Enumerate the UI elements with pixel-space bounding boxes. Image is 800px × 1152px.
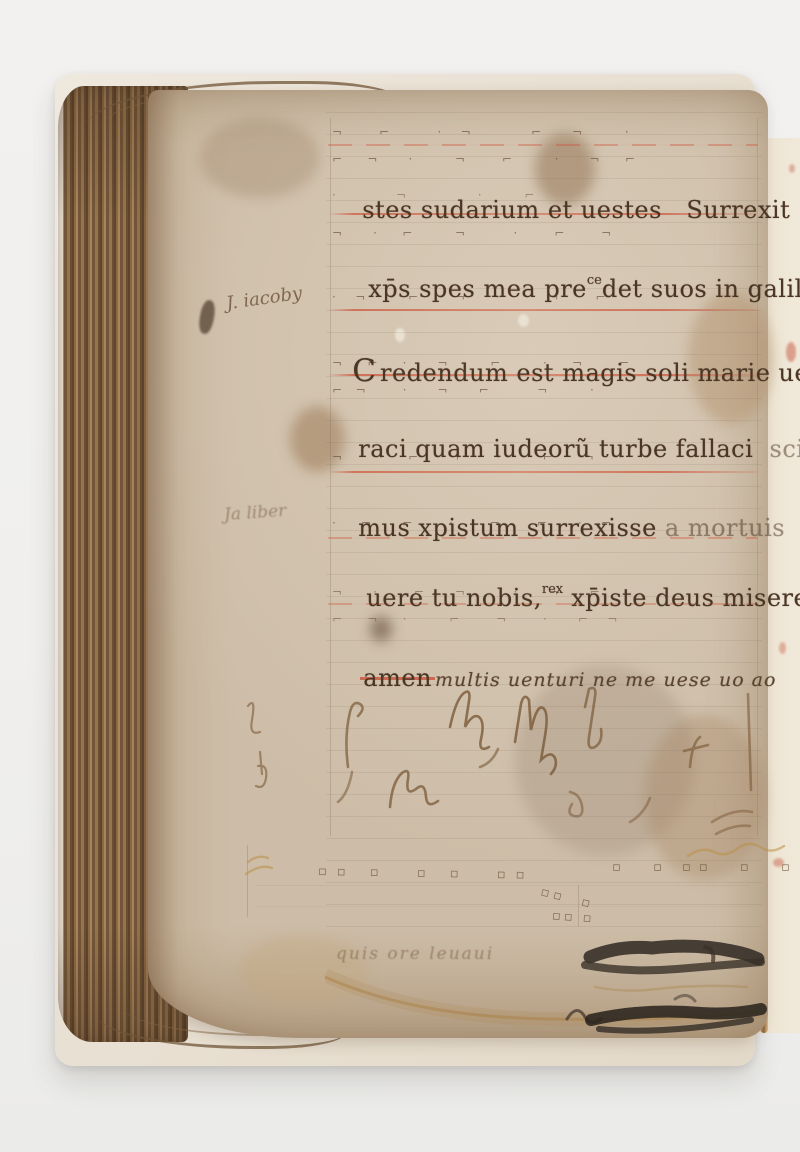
stain xyxy=(200,118,320,198)
square-notation-low-group: ▫▫ ▫ xyxy=(552,909,596,927)
red-staff-line xyxy=(328,309,758,311)
crossed-out-inscriptions xyxy=(555,935,800,1040)
margin-pen-trials xyxy=(236,688,326,818)
text-line-1-main: stes sudarium et uestes xyxy=(362,196,662,224)
interlinear-gloss: ce xyxy=(587,273,602,288)
neume-marks-row: ¬ · ⌐ ¬ · ⌐ ¬ xyxy=(332,226,762,240)
neume-marks-row: ⌐ ¬ · ⌐ ¬ · ⌐ ¬ xyxy=(332,612,762,626)
text-line-4-faded: sci xyxy=(753,435,800,463)
neume-sketch-drawing xyxy=(330,672,770,840)
text-line-1: stes sudarium et uestes Surrexit xyxy=(346,168,790,224)
text-line-6-end: xp̄iste deus miserere xyxy=(563,584,800,612)
red-staff-line xyxy=(328,144,758,146)
text-line-6-main: uere tu nobis, xyxy=(366,584,542,612)
red-staff-line xyxy=(328,471,758,473)
interlinear-gloss: rex xyxy=(542,582,563,597)
red-ink-smudge xyxy=(779,642,786,654)
ochre-scribbles xyxy=(240,840,800,900)
text-line-3: Credendum est magis soli marie ue xyxy=(336,325,800,389)
text-line-2-end: det suos in galilea xyxy=(602,275,800,303)
text-line-5-main: mus xpistum surrexisse xyxy=(358,514,657,542)
text-line-4-main: raci quam iudeorũ turbe fallaci xyxy=(358,435,753,463)
neume-marks-row: ⌐ ¬ · ¬ ⌐ · ¬ ⌐ xyxy=(332,152,762,166)
text-line-4: raci quam iudeorũ turbe fallaci sci xyxy=(342,407,800,463)
text-line-6: uere tu nobis,rex xp̄iste deus miserere xyxy=(350,556,800,612)
text-line-5-faded: a mortuis xyxy=(657,514,785,542)
text-line-2: xp̄s spes mea precedet suos in galilea xyxy=(352,247,800,303)
text-line-1-end: Surrexit xyxy=(662,196,790,224)
faint-staff-line xyxy=(255,906,750,907)
text-line-2-main: xp̄s spes mea pre xyxy=(368,275,587,303)
initial-letter: C xyxy=(352,353,380,389)
text-line-5: mus xpistum surrexisse a mortuis xyxy=(342,486,785,542)
text-line-3-main: redendum est magis soli marie ue xyxy=(380,359,800,387)
neume-marks-row: ¬ ⌐ · ¬ ⌐ ¬ · xyxy=(332,125,762,139)
